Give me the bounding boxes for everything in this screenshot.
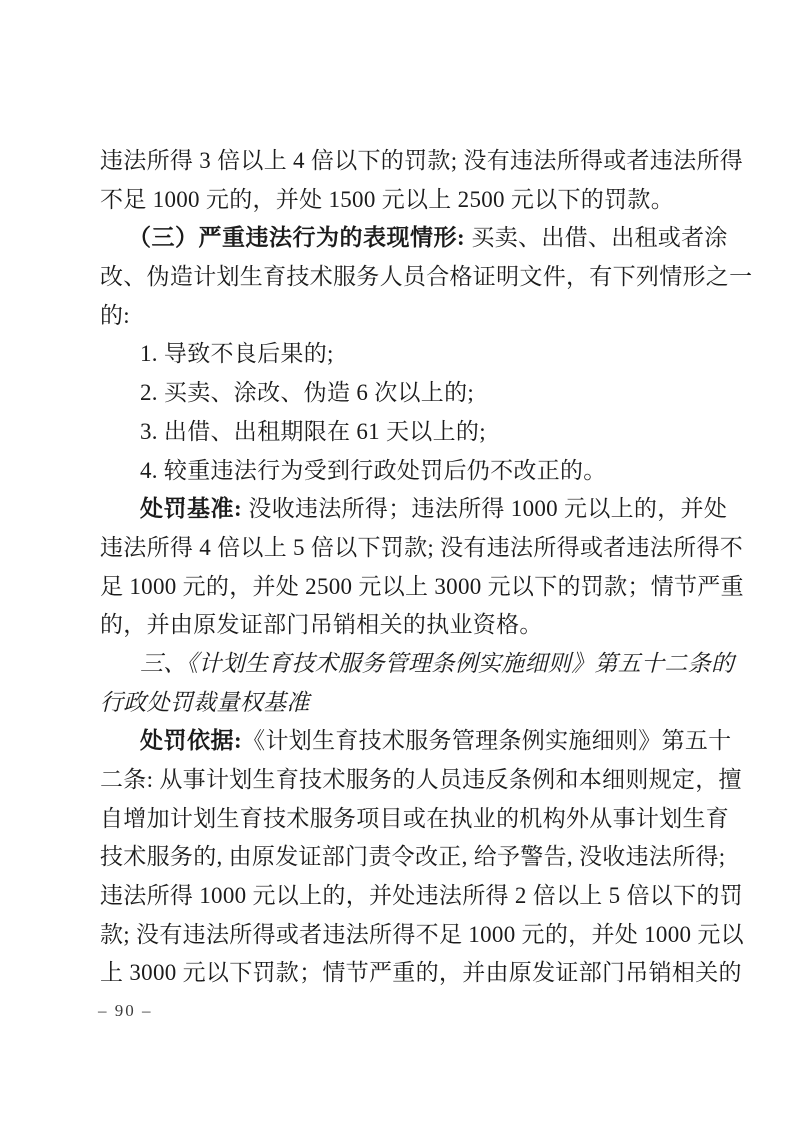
body-line-10-text: 没收违法所得；违法所得 1000 元以上的，并处 — [248, 496, 727, 521]
body-line-21: 款; 没有违法所得或者违法所得不足 1000 元的，并处 1000 元以 — [100, 916, 696, 955]
bold-lead-in-penalty-basis: 处罚依据: — [140, 728, 242, 753]
document-body: 违法所得 3 倍以上 4 倍以下的罚款; 没有违法所得或者违法所得 不足 100… — [100, 142, 696, 993]
body-line-03-text: 买卖、出借、出租或者涂 — [471, 225, 727, 250]
body-line-16: 处罚依据:《计划生育技术服务管理条例实施细则》第五十 — [100, 722, 696, 761]
section-heading-line-2: 行政处罚裁量权基准 — [100, 684, 696, 723]
page-number: – 90 – — [98, 1000, 153, 1022]
body-line-04: 改、伪造计划生育技术服务人员合格证明文件，有下列情形之一 — [100, 258, 696, 297]
list-item-1: 1. 导致不良后果的; — [100, 335, 696, 374]
body-line-11: 违法所得 4 倍以上 5 倍以下罚款; 没有违法所得或者违法所得不 — [100, 529, 696, 568]
bold-lead-in-penalty-benchmark: 处罚基准: — [140, 496, 248, 521]
list-item-4: 4. 较重违法行为受到行政处罚后仍不改正的。 — [100, 452, 696, 491]
body-line-16-text: 《计划生育技术服务管理条例实施细则》第五十 — [242, 728, 731, 753]
bold-lead-in-section-3: （三）严重违法行为的表现情形: — [128, 225, 471, 250]
list-item-2: 2. 买卖、涂改、伪造 6 次以上的; — [100, 374, 696, 413]
body-line-20: 违法所得 1000 元以上的，并处违法所得 2 倍以上 5 倍以下的罚 — [100, 877, 696, 916]
body-line-19: 技术服务的, 由原发证部门责令改正, 给予警告, 没收违法所得; — [100, 838, 696, 877]
body-line-18: 自增加计划生育技术服务项目或在执业的机构外从事计划生育 — [100, 800, 696, 839]
body-line-10: 处罚基准: 没收违法所得；违法所得 1000 元以上的，并处 — [100, 490, 696, 529]
section-heading-line-1: 三、《计划生育技术服务管理条例实施细则》第五十二条的 — [100, 645, 696, 684]
body-line-05: 的: — [100, 297, 696, 336]
body-line-03: （三）严重违法行为的表现情形: 买卖、出借、出租或者涂 — [100, 219, 696, 258]
body-line-13: 的，并由原发证部门吊销相关的执业资格。 — [100, 606, 696, 645]
body-line-22: 上 3000 元以下罚款；情节严重的，并由原发证部门吊销相关的 — [100, 954, 696, 993]
body-line-17: 二条: 从事计划生育技术服务的人员违反条例和本细则规定，擅 — [100, 761, 696, 800]
body-line-02: 不足 1000 元的，并处 1500 元以上 2500 元以下的罚款。 — [100, 181, 696, 220]
document-page: 违法所得 3 倍以上 4 倍以下的罚款; 没有违法所得或者违法所得 不足 100… — [0, 0, 793, 1122]
list-item-3: 3. 出借、出租期限在 61 天以上的; — [100, 413, 696, 452]
body-line-01: 违法所得 3 倍以上 4 倍以下的罚款; 没有违法所得或者违法所得 — [100, 142, 696, 181]
body-line-12: 足 1000 元的，并处 2500 元以上 3000 元以下的罚款；情节严重 — [100, 568, 696, 607]
